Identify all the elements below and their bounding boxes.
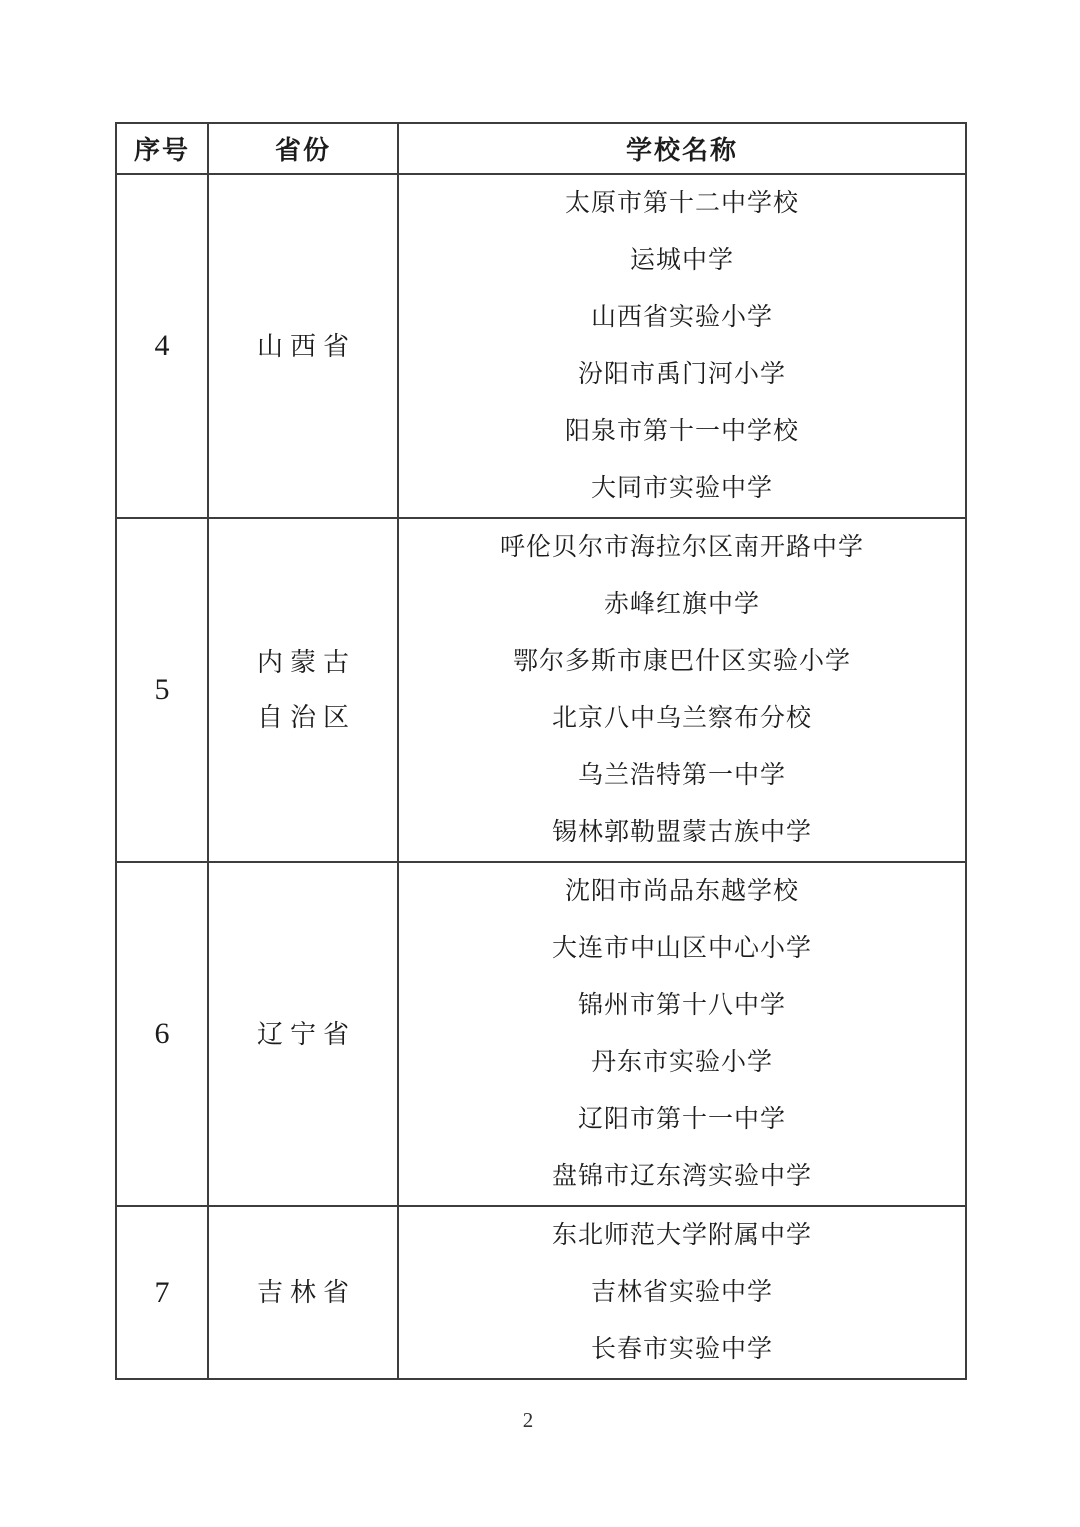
province-name: 山西省 bbox=[209, 319, 397, 374]
school-name: 锡林郭勒盟蒙古族中学 bbox=[399, 804, 965, 861]
table-row-neimenggu: 5 内蒙古 自治区 呼伦贝尔市海拉尔区南开路中学 赤峰红旗中学 鄂尔多斯市康巴什… bbox=[116, 518, 966, 862]
row-index: 7 bbox=[116, 1206, 208, 1379]
school-name: 锦州市第十八中学 bbox=[399, 977, 965, 1034]
schools-cell: 太原市第十二中学校 运城中学 山西省实验小学 汾阳市禹门河小学 阳泉市第十一中学… bbox=[398, 174, 966, 518]
document-page: 序号 省份 学校名称 4 山西省 太原市第十二中学校 运城中学 山西省实验小学 … bbox=[0, 0, 1080, 1527]
school-name: 山西省实验小学 bbox=[399, 289, 965, 346]
school-name: 沈阳市尚品东越学校 bbox=[399, 863, 965, 920]
header-school-name: 学校名称 bbox=[398, 123, 966, 174]
table-row-liaoning: 6 辽宁省 沈阳市尚品东越学校 大连市中山区中心小学 锦州市第十八中学 丹东市实… bbox=[116, 862, 966, 1206]
school-name: 运城中学 bbox=[399, 232, 965, 289]
school-name: 大连市中山区中心小学 bbox=[399, 920, 965, 977]
school-name: 辽阳市第十一中学 bbox=[399, 1091, 965, 1148]
school-name: 呼伦贝尔市海拉尔区南开路中学 bbox=[399, 519, 965, 576]
row-index: 6 bbox=[116, 862, 208, 1206]
province-name: 自治区 bbox=[209, 690, 397, 745]
table-row-jilin: 7 吉林省 东北师范大学附属中学 吉林省实验中学 长春市实验中学 bbox=[116, 1206, 966, 1379]
schools-cell: 东北师范大学附属中学 吉林省实验中学 长春市实验中学 bbox=[398, 1206, 966, 1379]
school-name: 北京八中乌兰察布分校 bbox=[399, 690, 965, 747]
school-name: 汾阳市禹门河小学 bbox=[399, 346, 965, 403]
school-name: 长春市实验中学 bbox=[399, 1321, 965, 1378]
province-name: 辽宁省 bbox=[209, 1007, 397, 1062]
province-name: 吉林省 bbox=[209, 1265, 397, 1320]
table-row-shanxi: 4 山西省 太原市第十二中学校 运城中学 山西省实验小学 汾阳市禹门河小学 阳泉… bbox=[116, 174, 966, 518]
table-header-row: 序号 省份 学校名称 bbox=[116, 123, 966, 174]
province-cell: 吉林省 bbox=[208, 1206, 398, 1379]
header-province: 省份 bbox=[208, 123, 398, 174]
row-index: 4 bbox=[116, 174, 208, 518]
province-cell: 辽宁省 bbox=[208, 862, 398, 1206]
school-name: 太原市第十二中学校 bbox=[399, 175, 965, 232]
province-cell: 内蒙古 自治区 bbox=[208, 518, 398, 862]
school-name: 赤峰红旗中学 bbox=[399, 576, 965, 633]
school-name: 吉林省实验中学 bbox=[399, 1264, 965, 1321]
school-name: 丹东市实验小学 bbox=[399, 1034, 965, 1091]
schools-cell: 沈阳市尚品东越学校 大连市中山区中心小学 锦州市第十八中学 丹东市实验小学 辽阳… bbox=[398, 862, 966, 1206]
province-cell: 山西省 bbox=[208, 174, 398, 518]
schools-cell: 呼伦贝尔市海拉尔区南开路中学 赤峰红旗中学 鄂尔多斯市康巴什区实验小学 北京八中… bbox=[398, 518, 966, 862]
school-name: 阳泉市第十一中学校 bbox=[399, 403, 965, 460]
page-number: 2 bbox=[0, 1408, 1056, 1433]
school-name: 东北师范大学附属中学 bbox=[399, 1207, 965, 1264]
school-table: 序号 省份 学校名称 4 山西省 太原市第十二中学校 运城中学 山西省实验小学 … bbox=[115, 122, 967, 1380]
school-name: 盘锦市辽东湾实验中学 bbox=[399, 1148, 965, 1205]
province-name: 内蒙古 bbox=[209, 635, 397, 690]
header-index: 序号 bbox=[116, 123, 208, 174]
school-name: 乌兰浩特第一中学 bbox=[399, 747, 965, 804]
school-name: 鄂尔多斯市康巴什区实验小学 bbox=[399, 633, 965, 690]
school-name: 大同市实验中学 bbox=[399, 460, 965, 517]
row-index: 5 bbox=[116, 518, 208, 862]
